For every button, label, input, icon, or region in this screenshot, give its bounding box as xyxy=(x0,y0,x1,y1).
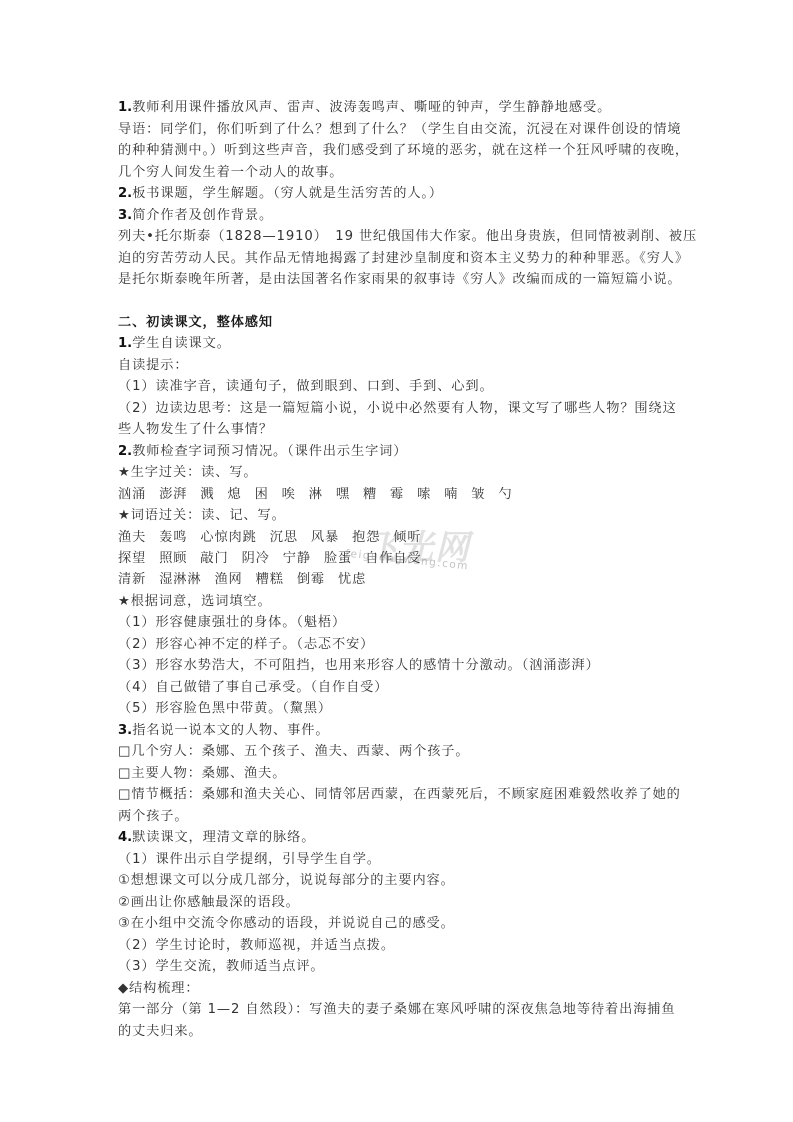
word: 抱怨 xyxy=(352,530,380,545)
fill-item: （2）形容心神不定的样子。（忐忑不安） xyxy=(118,636,678,654)
tip-item: 些人物发生了什么事情？ xyxy=(118,421,678,439)
words-row: 渔夫轰鸣心惊肉跳沉思风暴抱怨倾听 xyxy=(118,529,678,547)
intro-step2: 2.板书课题，学生解题。（穷人就是生活穷苦的人。） xyxy=(118,185,678,203)
character: 嗦 xyxy=(417,487,431,502)
fill-item: （4）自己做错了事自己承受。（自作自受） xyxy=(118,679,678,697)
words-label: ★词语过关：读、记、写。 xyxy=(118,507,678,525)
character: 嘿 xyxy=(336,487,350,502)
section-heading: 二、初读课文，整体感知 xyxy=(118,314,678,332)
step-text: 学生自读课文。 xyxy=(132,336,231,351)
fill-label: ★根据词意，选词填空。 xyxy=(118,593,678,611)
step-number: 2. xyxy=(118,186,132,201)
word: 倾听 xyxy=(393,530,421,545)
step-number: 1. xyxy=(118,336,132,351)
step-text: 默读课文，理清文章的脉络。 xyxy=(132,830,315,845)
sub-item: （3）学生交流，教师适当点评。 xyxy=(118,958,678,976)
s2-step2: 2.教师检查字词预习情况。（课件出示生字词） xyxy=(118,443,678,461)
word: 倒霉 xyxy=(297,572,325,587)
sub-item: （1）课件出示自学提纲，引导学生自学。 xyxy=(118,851,678,869)
author-line: 是托尔斯泰晚年所著，是由法国著名作家雨果的叙事诗《穷人》改编而成的一篇短篇小说。 xyxy=(118,271,678,289)
part1-line: 第一部分（第 1—2 自然段）：写渔夫的妻子桑娜在寒风呼啸的深夜焦急地等待着出海… xyxy=(118,1001,678,1019)
step-text: 指名说一说本文的人物、事件。 xyxy=(132,723,329,738)
character: 喃 xyxy=(444,487,458,502)
word: 糟糕 xyxy=(256,572,284,587)
step-number: 3. xyxy=(118,723,132,738)
character: 汹涌 xyxy=(118,487,146,502)
word: 渔网 xyxy=(214,572,242,587)
step-number: 3. xyxy=(118,208,132,223)
word: 清新 xyxy=(118,572,146,587)
people-item: □主要人物：桑娜、渔夫。 xyxy=(118,765,678,783)
s2-step4: 4.默读课文，理清文章的脉络。 xyxy=(118,829,678,847)
character: 澎湃 xyxy=(159,487,187,502)
people-item: □几个穷人：桑娜、五个孩子、渔夫、西蒙、两个孩子。 xyxy=(118,743,678,761)
tip-item: （1）读准字音，读通句子，做到眼到、口到、手到、心到。 xyxy=(118,378,678,396)
character: 淋 xyxy=(309,487,323,502)
character: 霉 xyxy=(390,487,404,502)
character: 糟 xyxy=(363,487,377,502)
character: 皱 xyxy=(471,487,485,502)
chars-label: ★生字过关：读、写。 xyxy=(118,464,678,482)
word: 脸蛋 xyxy=(324,551,352,566)
word: 忧虑 xyxy=(338,572,366,587)
fill-item: （1）形容健康强壮的身体。（魁梧） xyxy=(118,614,678,632)
word: 阴冷 xyxy=(242,551,270,566)
tips-label: 自读提示： xyxy=(118,357,678,375)
s2-step1: 1.学生自读课文。 xyxy=(118,335,678,353)
intro-daoyu-line: 几个穷人间发生着一个动人的故事。 xyxy=(118,164,678,182)
character: 溅 xyxy=(200,487,214,502)
outline-item: ①想想课文可以分成几部分，说说每部分的主要内容。 xyxy=(118,872,678,890)
words-row: 探望照顾敲门阴冷宁静脸蛋自作自受 xyxy=(118,550,678,568)
outline-item: ②画出让你感触最深的语段。 xyxy=(118,894,678,912)
s2-step3: 3.指名说一说本文的人物、事件。 xyxy=(118,722,678,740)
word: 敲门 xyxy=(200,551,228,566)
intro-daoyu-line: 的种种猜测中。）听到这些声音，我们感受到了环境的恶劣，就在这样一个狂风呼啸的夜晚… xyxy=(118,142,678,160)
word: 宁静 xyxy=(283,551,311,566)
document-page: 1.教师利用课件播放风声、雷声、波涛轰鸣声、嘶哑的钟声，学生静静地感受。 导语：… xyxy=(0,0,793,1122)
sub-item: （2）学生讨论时，教师巡视，并适当点拨。 xyxy=(118,937,678,955)
word: 心惊肉跳 xyxy=(200,530,256,545)
character: 勺 xyxy=(498,487,512,502)
step-text: 教师利用课件播放风声、雷声、波涛轰鸣声、嘶哑的钟声，学生静静地感受。 xyxy=(132,100,611,115)
author-line: 迫的穷苦劳动人民。其作品无情地揭露了封建沙皇制度和资本主义势力的种种罪恶。《穷人… xyxy=(118,250,678,268)
word: 渔夫 xyxy=(118,530,146,545)
outline-item: ③在小组中交流令你感动的语段，并说说自己的感受。 xyxy=(118,915,678,933)
intro-step1: 1.教师利用课件播放风声、雷声、波涛轰鸣声、嘶哑的钟声，学生静静地感受。 xyxy=(118,99,678,117)
step-number: 2. xyxy=(118,444,132,459)
intro-step3: 3.简介作者及创作背景。 xyxy=(118,207,678,225)
tip-item: （2）边读边思考：这是一篇短篇小说，小说中必然要有人物，课文写了哪些人物？围绕这 xyxy=(118,400,678,418)
intro-daoyu-line: 导语：同学们，你们听到了什么？想到了什么？（学生自由交流，沉浸在对课件创设的情境 xyxy=(118,121,678,139)
character: 熄 xyxy=(227,487,241,502)
words-row: 清新湿淋淋渔网糟糕倒霉忧虑 xyxy=(118,571,678,589)
word: 照顾 xyxy=(159,551,187,566)
step-number: 1. xyxy=(118,100,132,115)
plot-line: □情节概括：桑娜和渔夫关心、同情邻居西蒙，在西蒙死后，不顾家庭困难毅然收养了她的 xyxy=(118,786,678,804)
word: 沉思 xyxy=(270,530,298,545)
fill-item: （5）形容脸色黑中带黄。（黧黑） xyxy=(118,700,678,718)
fill-item: （3）形容水势浩大，不可阻挡，也用来形容人的感情十分激动。（汹涌澎湃） xyxy=(118,657,678,675)
word: 自作自受 xyxy=(365,551,421,566)
plot-line: 两个孩子。 xyxy=(118,808,678,826)
character: 唉 xyxy=(282,487,296,502)
word: 湿淋淋 xyxy=(159,572,201,587)
new-characters-row: 汹涌澎湃溅熄困唉淋嘿糟霉嗦喃皱勺 xyxy=(118,486,678,504)
structure-label: ◆结构梳理： xyxy=(118,980,678,998)
step-number: 4. xyxy=(118,830,132,845)
author-line: 列夫•托尔斯泰（1828—1910） 19 世纪俄国伟大作家。他出身贵族，但同情… xyxy=(118,228,678,246)
step-text: 板书课题，学生解题。（穷人就是生活穷苦的人。） xyxy=(132,186,443,201)
word: 探望 xyxy=(118,551,146,566)
word: 轰鸣 xyxy=(159,530,187,545)
step-text: 教师检查字词预习情况。（课件出示生字词） xyxy=(132,444,407,459)
part1-line: 的丈夫归来。 xyxy=(118,1023,678,1041)
step-text: 简介作者及创作背景。 xyxy=(132,208,273,223)
character: 困 xyxy=(255,487,269,502)
word: 风暴 xyxy=(311,530,339,545)
